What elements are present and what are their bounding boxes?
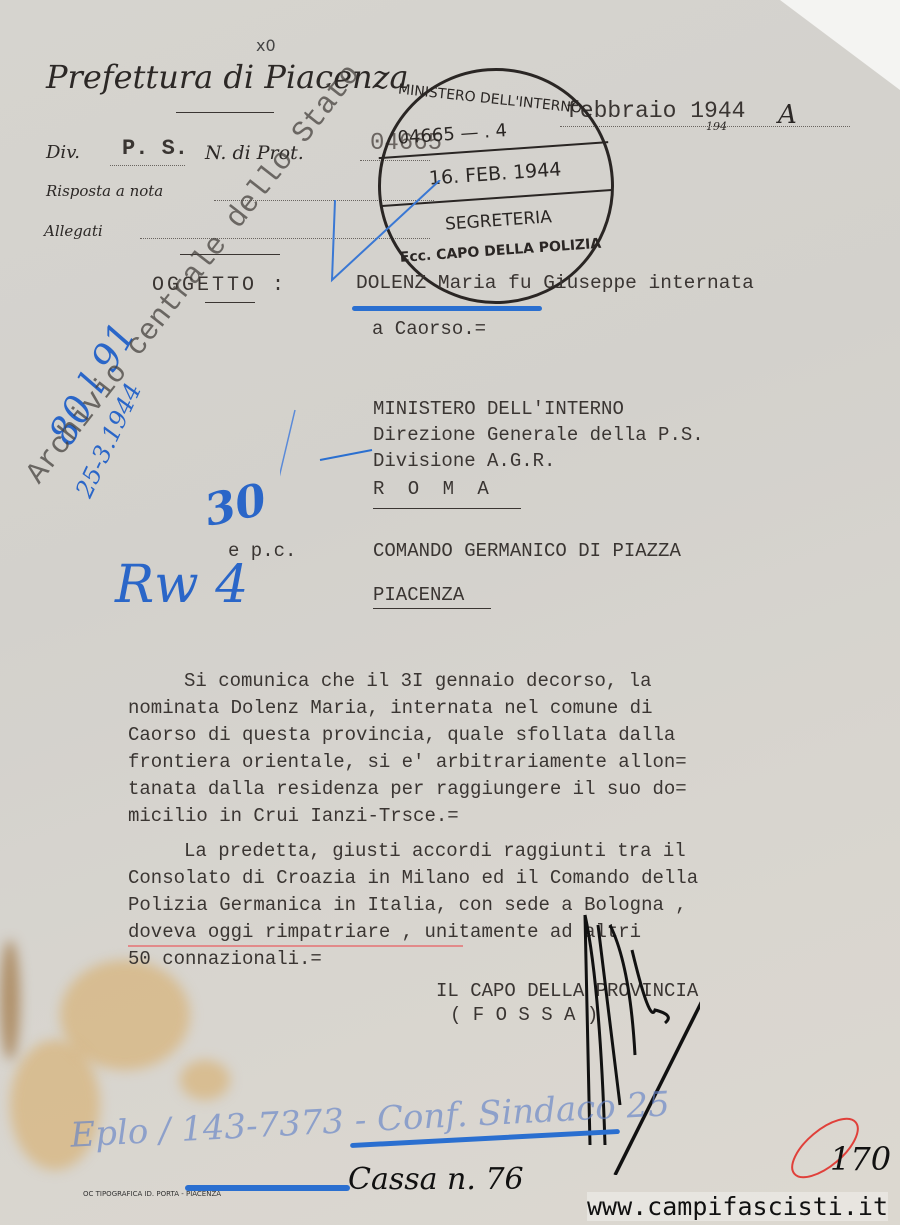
recipient-line: Direzione Generale della P.S. <box>373 424 704 446</box>
reply-label: Risposta a nota <box>46 182 163 200</box>
blue-pencil-stroke <box>280 400 380 600</box>
red-underline <box>128 945 463 947</box>
recipient-city: R O M A <box>373 478 495 500</box>
body-line: tanata dalla residenza per raggiungere i… <box>128 778 687 800</box>
city-underline <box>373 508 521 509</box>
printer-line: OC TIPOGRAFICA ID. PORTA - PIACENZA <box>83 1190 221 1198</box>
margin-number: 30 <box>200 474 270 537</box>
corner-mark: x0 <box>256 36 276 55</box>
body-line: Caorso di questa provincia, quale sfolla… <box>128 724 675 746</box>
cc-city-underline <box>373 608 491 609</box>
letterhead-divider <box>176 112 274 113</box>
blue-checkmark <box>320 180 480 300</box>
water-stain <box>180 1060 230 1100</box>
source-url[interactable]: www.campifascisti.it <box>587 1192 888 1221</box>
date-dotline <box>560 126 850 127</box>
blue-underline <box>352 306 542 311</box>
torn-corner <box>780 0 900 90</box>
recipient-line: Divisione A.G.R. <box>373 450 555 472</box>
div-value: P. S. <box>122 136 188 161</box>
stamp-top-text: MINISTERO DELL'INTERNO <box>375 79 605 119</box>
div-dotline <box>110 165 185 166</box>
subject-underline <box>205 302 255 303</box>
edge-stain <box>0 940 20 1060</box>
cc-recipient: COMANDO GERMANICO DI PIAZZA <box>373 540 681 562</box>
cc-city: PIACENZA <box>373 584 464 606</box>
attachments-label: Allegati <box>44 222 103 240</box>
body-line: micilio in Crui Ianzi-Trsce.= <box>128 805 459 827</box>
box-number: Cassa n. 76 <box>348 1162 524 1197</box>
margin-initials: Rw 4 <box>115 555 248 615</box>
body-line: Consolato di Croazia in Milano ed il Com… <box>128 867 698 889</box>
document-page: x0 Prefettura di Piacenza Div. P. S. N. … <box>0 0 900 1225</box>
subject-line-2: a Caorso.= <box>372 318 486 340</box>
page-number: 170 <box>830 1140 891 1178</box>
recipient-line: MINISTERO DELL'INTERNO <box>373 398 624 420</box>
body-line: La predetta, giusti accordi raggiunti tr… <box>184 840 686 862</box>
body-line: 50 connazionali.= <box>128 948 322 970</box>
body-line: nominata Dolenz Maria, internata nel com… <box>128 697 653 719</box>
body-line: frontiera orientale, si e' arbitrariamen… <box>128 751 687 773</box>
body-line: Si comunica che il 3I gennaio decorso, l… <box>184 670 651 692</box>
div-label: Div. <box>46 142 80 163</box>
